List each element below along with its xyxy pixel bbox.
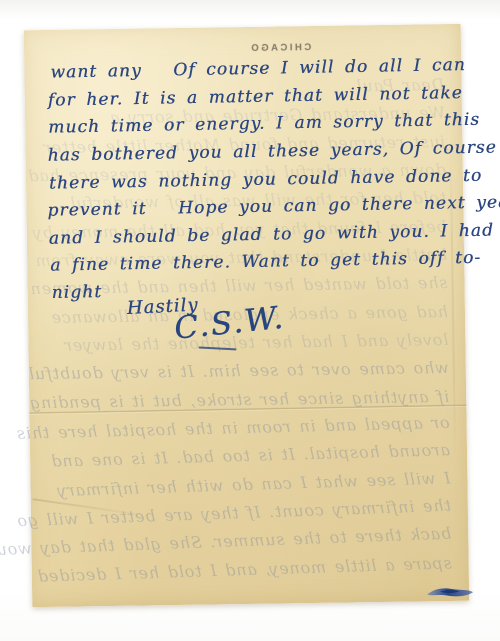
ink-smudge — [426, 585, 474, 601]
chicago-letterhead-stamp: CHICAGO — [220, 42, 340, 55]
bleedthrough-line: who came over to see him. It is very dou… — [37, 357, 449, 385]
letter-line: night — [51, 280, 102, 305]
bleedthrough-line: spare a little money, and I told her I d… — [40, 552, 452, 587]
bleedthrough-line: around hospital. It is too bad. It is on… — [38, 439, 450, 473]
bleedthrough-line: or appeal and in room in the hospital he… — [37, 412, 449, 444]
letter-page: CHICAGO Dear Paul We understand Gertrude… — [24, 24, 470, 607]
scanned-letter-view: CHICAGO Dear Paul We understand Gertrude… — [0, 0, 500, 641]
